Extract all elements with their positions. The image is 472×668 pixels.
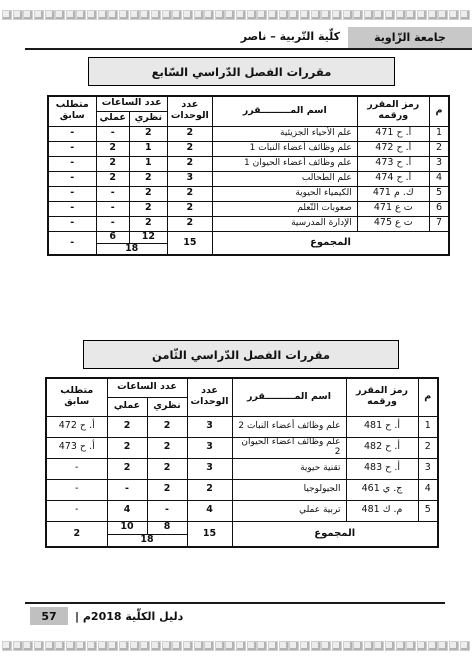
course-name-cell: الجيولوجيا [232,479,346,500]
total-row: المجموع 15 8 10 2 18 [46,521,438,547]
total-prerequisite-cell: - [48,231,96,255]
theoretical-hours-cell: 2 [147,458,187,479]
code-header: رمز المقرر ورقمه [357,96,429,126]
practical-hours-cell: 2 [107,437,147,458]
prerequisite-header: متطلب سابق [48,96,96,126]
practical-header: عملي [96,111,129,126]
units-cell: 3 [187,416,232,437]
practical-hours-cell: 2 [96,156,129,171]
course-row: 5 م. ك 481 تربية عملي 4 - 4 - [46,500,438,521]
course-name-cell: علم وظائف أعضاء النبات 1 [212,141,357,156]
course-name-cell: الكيمياء الحيوية [212,186,357,201]
course-code-cell: أ. ح 483 [346,458,418,479]
code-header: رمز المقرر ورقمه [346,378,418,416]
prerequisite-cell: - [48,171,96,186]
page: جامعة الزّاوية كلّية التّربية – ناصر مقر… [0,0,472,668]
course-row: 2 أ. ح 482 علم وظائف أعضاء الحيوان 2 3 2… [46,437,438,458]
footer-label: دليل الكلّية 2018م | [75,610,183,623]
units-cell: 3 [187,458,232,479]
theoretical-hours-cell: 1 [129,141,167,156]
serial-cell: 5 [429,186,449,201]
course-code-cell: م. ك 481 [346,500,418,521]
course-name-cell: صعوبات التّعلم [212,201,357,216]
units-cell: 3 [167,171,212,186]
units-cell: 2 [187,479,232,500]
course-name-cell: علم الأحياء الجزيئية [212,126,357,141]
course-code-cell: أ. ح 471 [357,126,429,141]
prerequisite-header: متطلب سابق [46,378,107,416]
course-code-cell: ت ع 475 [357,216,429,231]
prerequisite-cell: - [48,126,96,141]
prerequisite-cell: - [48,156,96,171]
total-practical-cell: 6 [96,231,129,243]
total-units-cell: 15 [167,231,212,255]
practical-hours-cell: 2 [107,458,147,479]
units-cell: 4 [187,500,232,521]
theoretical-hours-cell: 2 [129,186,167,201]
course-code-cell: ت ع 471 [357,201,429,216]
prerequisite-cell: - [48,201,96,216]
practical-hours-cell: - [96,186,129,201]
serial-header: م [418,378,438,416]
prerequisite-cell: أ. ح 472 [46,416,107,437]
name-header: اسم المـــــــــقرر [232,378,346,416]
name-header: اسم المـــــــــقرر [212,96,357,126]
theoretical-hours-cell: 2 [129,216,167,231]
semester7-table: م رمز المقرر ورقمه اسم المـــــــــقرر ع… [47,95,450,256]
page-number-badge: 57 [30,607,68,625]
practical-hours-cell: - [96,201,129,216]
serial-cell: 1 [429,126,449,141]
serial-cell: 3 [418,458,438,479]
course-code-cell: أ. ح 474 [357,171,429,186]
units-cell: 2 [167,156,212,171]
practical-hours-cell: 2 [107,416,147,437]
course-row: 4 ج. ي 461 الجيولوجيا 2 2 - - [46,479,438,500]
serial-cell: 2 [429,141,449,156]
theoretical-hours-cell: 2 [129,126,167,141]
serial-cell: 1 [418,416,438,437]
serial-cell: 4 [429,171,449,186]
units-cell: 3 [187,437,232,458]
header-rule [25,48,472,50]
theoretical-hours-cell: 2 [129,171,167,186]
course-name-cell: تقنية حيوية [232,458,346,479]
footer-rule [25,602,445,604]
hours-header: عدد الساعات [96,96,167,111]
semester7-title: مقررات الفصل الدّراسي السّابع [88,57,395,86]
practical-hours-cell: - [107,479,147,500]
course-name-cell: علم الطحالب [212,171,357,186]
theoretical-header: نظري [129,111,167,126]
units-cell: 2 [167,126,212,141]
theoretical-hours-cell: 1 [129,156,167,171]
course-name-cell: علم وظائف أعضاء النبات 2 [232,416,346,437]
hours-header: عدد الساعات [107,378,187,397]
practical-hours-cell: 2 [96,141,129,156]
university-name: جامعة الزّاوية [374,31,446,44]
total-theoretical-cell: 8 [147,521,187,534]
practical-hours-cell: - [96,126,129,141]
serial-header: م [429,96,449,126]
course-row: 6 ت ع 471 صعوبات التّعلم 2 2 - - [48,201,449,216]
course-name-cell: علم وظائف أعضاء الحيوان 2 [232,437,346,458]
theoretical-hours-cell: 2 [129,201,167,216]
course-row: 3 أ. ح 483 تقنية حيوية 3 2 2 - [46,458,438,479]
serial-cell: 5 [418,500,438,521]
course-code-cell: أ. ح 472 [357,141,429,156]
faculty-name: كلّية التّربية – ناصر [241,30,340,43]
decorative-border-top [2,10,470,20]
total-practical-cell: 10 [107,521,147,534]
total-prerequisite-cell: 2 [46,521,107,547]
total-label-cell: المجموع [232,521,438,547]
course-row: 1 أ. ح 481 علم وظائف أعضاء النبات 2 3 2 … [46,416,438,437]
prerequisite-cell: - [46,479,107,500]
semester8-table-header: م رمز المقرر ورقمه اسم المـــــــــقرر ع… [46,378,438,416]
theoretical-hours-cell: 2 [147,479,187,500]
serial-cell: 6 [429,201,449,216]
theoretical-hours-cell: 2 [147,437,187,458]
course-row: 5 ك. م 471 الكيمياء الحيوية 2 2 - - [48,186,449,201]
total-units-cell: 15 [187,521,232,547]
course-code-cell: أ. ح 481 [346,416,418,437]
semester8-title: مقررات الفصل الدّراسي الثّامن [83,340,399,369]
practical-header: عملي [107,397,147,416]
serial-cell: 7 [429,216,449,231]
total-hours-sum-cell: 18 [96,243,167,255]
prerequisite-cell: - [46,458,107,479]
course-row: 2 أ. ح 472 علم وظائف أعضاء النبات 1 2 1 … [48,141,449,156]
course-code-cell: ج. ي 461 [346,479,418,500]
prerequisite-cell: - [46,500,107,521]
course-row: 7 ت ع 475 الإدارة المدرسية 2 2 - - [48,216,449,231]
units-cell: 2 [167,216,212,231]
practical-hours-cell: 2 [96,171,129,186]
course-code-cell: ك. م 471 [357,186,429,201]
theoretical-header: نظري [147,397,187,416]
course-code-cell: أ. ح 473 [357,156,429,171]
semester7-table-header: م رمز المقرر ورقمه اسم المـــــــــقرر ع… [48,96,449,126]
theoretical-hours-cell: 2 [147,416,187,437]
decorative-border-bottom [2,641,470,651]
prerequisite-cell: - [48,216,96,231]
total-theoretical-cell: 12 [129,231,167,243]
practical-hours-cell: 4 [107,500,147,521]
units-header: عدد الوحدات [167,96,212,126]
course-code-cell: أ. ح 482 [346,437,418,458]
prerequisite-cell: أ. ح 473 [46,437,107,458]
units-cell: 2 [167,186,212,201]
course-row: 3 أ. ح 473 علم وظائف أعضاء الحيوان 1 2 1… [48,156,449,171]
course-name-cell: الإدارة المدرسية [212,216,357,231]
practical-hours-cell: - [96,216,129,231]
total-label-cell: المجموع [212,231,449,255]
units-cell: 2 [167,201,212,216]
footer: 57 دليل الكلّية 2018م | [30,607,183,625]
university-name-box: جامعة الزّاوية [348,27,472,48]
theoretical-hours-cell: - [147,500,187,521]
units-header: عدد الوحدات [187,378,232,416]
total-hours-sum-cell: 18 [107,534,187,547]
prerequisite-cell: - [48,186,96,201]
total-row: المجموع 15 12 6 - 18 [48,231,449,255]
serial-cell: 2 [418,437,438,458]
serial-cell: 3 [429,156,449,171]
course-row: 1 أ. ح 471 علم الأحياء الجزيئية 2 2 - - [48,126,449,141]
semester8-table: م رمز المقرر ورقمه اسم المـــــــــقرر ع… [45,377,439,548]
prerequisite-cell: - [48,141,96,156]
units-cell: 2 [167,141,212,156]
course-name-cell: تربية عملي [232,500,346,521]
course-name-cell: علم وظائف أعضاء الحيوان 1 [212,156,357,171]
course-row: 4 أ. ح 474 علم الطحالب 3 2 2 - [48,171,449,186]
serial-cell: 4 [418,479,438,500]
